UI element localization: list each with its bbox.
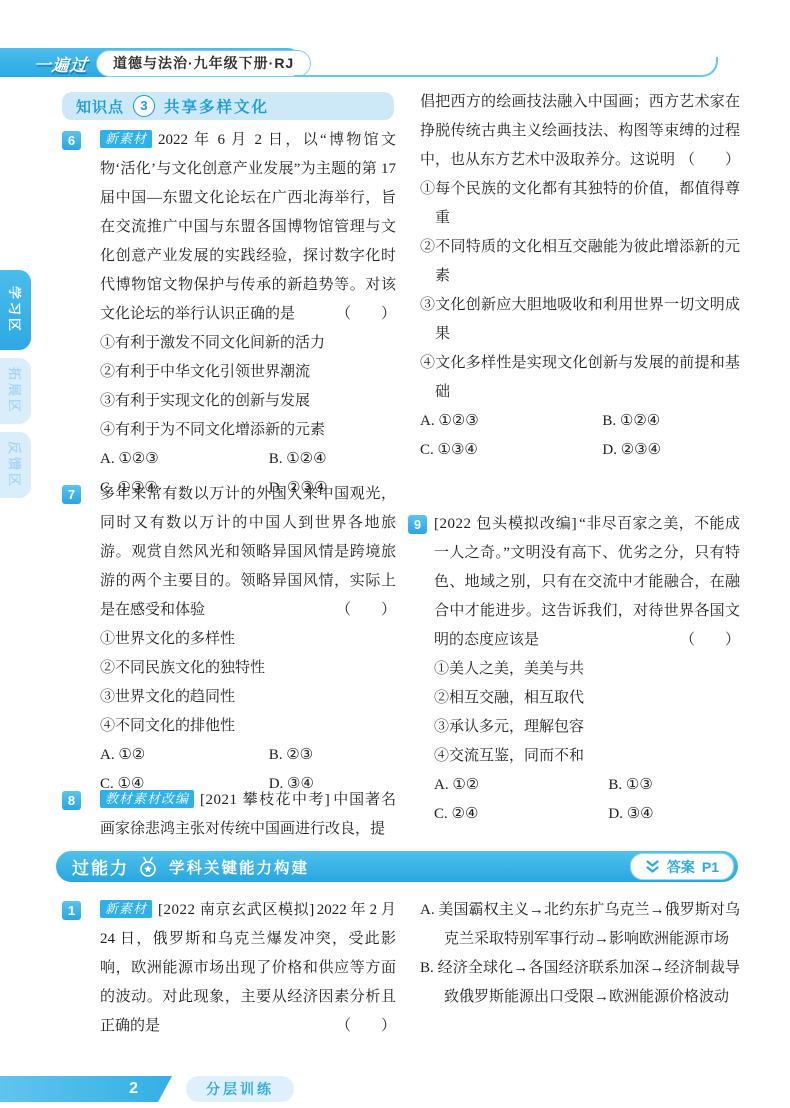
question-6: 6 新素材2022 年 6 月 2 日，以“博物馆文物‘活化’与文化创意产业发展… (62, 126, 396, 503)
question-9: 9 [2022 包头模拟改编]“非尽百家之美，不能成一人之奇。”文明没有高下、优… (406, 510, 740, 829)
ability-section-subtitle: 学科关键能力构建 (169, 856, 309, 878)
exam-source: [2022 包头模拟改编] (434, 516, 577, 532)
knowledge-point-label: 知识点 (76, 96, 124, 117)
answer-parens: （ ） (336, 596, 396, 625)
footer-section-label: 分层训练 (186, 1076, 294, 1102)
answer-link[interactable]: 答案 P1 (630, 853, 734, 880)
statement-item: ②不同民族文化的独特性 (100, 654, 396, 683)
knowledge-point-title: 共享多样文化 (164, 95, 269, 117)
option-a: A. ①②③ (420, 407, 602, 436)
question-stem: 多年来常有数以万计的外国人来中国观光，同时又有数以万计的中国人到世界各地旅游。观… (100, 480, 396, 625)
statement-item: ④有利于为不同文化增添新的元素 (100, 416, 396, 445)
statement-item: ②相互交融，相互取代 (434, 684, 740, 713)
statement-item: ①美人之美，美美与共 (434, 655, 740, 684)
statement-item: ②有利于中华文化引领世界潮流 (100, 358, 396, 387)
option-d: D. ②③④ (602, 436, 740, 465)
statement-item: ①有利于激发不同文化间新的活力 (100, 329, 396, 358)
answer-parens: （ ） (336, 300, 396, 329)
answer-label: 答案 (667, 857, 695, 877)
ability-section-title: 过能力 (72, 854, 129, 879)
option-a: A. ①②③ (100, 445, 269, 474)
new-material-badge: 新素材 (100, 130, 152, 148)
knowledge-point-bar: 知识点 3 共享多样文化 (62, 92, 394, 120)
ability-question-1-options: A. 美国霸权主义→北约东扩乌克兰→俄罗斯对乌克兰采取特别军事行动→影响欧洲能源… (406, 896, 740, 1012)
statement-item: ④文化多样性是实现文化创新与发展的前提和基础 (420, 349, 740, 407)
option-b: B. 经济全球化→各国经济联系加深→经济制裁导致俄罗斯能源出口受限→欧洲能源价格… (420, 954, 740, 1012)
statement-item: ③世界文化的趋同性 (100, 683, 396, 712)
question-8-continued: 倡把西方的绘画技法融入中国画；西方艺术家在挣脱传统古典主义绘画技法、构图等束缚的… (406, 88, 740, 465)
question-8-start: 8 教材素材改编[2021 攀枝花中考]中国著名画家徐悲鸿主张对传统中国画进行改… (62, 786, 396, 844)
workbook-page: 一遍过 道德与法治·九年级下册·RJ 学习区 拓展区 反馈区 知识点 3 共享多… (0, 0, 790, 1108)
statement-item: ②不同特质的文化相互交融能为彼此增添新的元素 (420, 233, 740, 291)
exam-source: [2021 攀枝花中考] (200, 792, 330, 808)
statement-item: ④交流互鉴，同而不和 (434, 742, 740, 771)
sidebar-tab-label: 反馈区 (6, 441, 25, 489)
options-grid: A. ①②③ B. ①②④ C. ①③④ D. ②③④ (420, 407, 740, 465)
option-d: D. ③④ (608, 800, 740, 829)
statement-item: ④不同文化的排他性 (100, 712, 396, 741)
statement-item: ③承认多元，理解包容 (434, 713, 740, 742)
exam-source: [2022 南京玄武区模拟] (158, 902, 315, 918)
option-a: A. 美国霸权主义→北约东扩乌克兰→俄罗斯对乌克兰采取特别军事行动→影响欧洲能源… (420, 896, 740, 954)
option-b: B. ①③ (608, 771, 740, 800)
question-stem: 新素材[2022 南京玄武区模拟]2022 年 2 月 24 日，俄罗斯和乌克兰… (100, 896, 396, 1041)
sidebar-tab-study-zone[interactable]: 学习区 (0, 270, 31, 350)
question-stem: 新素材2022 年 6 月 2 日，以“博物馆文物‘活化’与文化创意产业发展”为… (100, 126, 396, 329)
question-stem: 教材素材改编[2021 攀枝花中考]中国著名画家徐悲鸿主张对传统中国画进行改良，… (100, 786, 396, 844)
options-grid: A. ①② B. ①③ C. ②④ D. ③④ (434, 771, 740, 829)
question-7: 7 多年来常有数以万计的外国人来中国观光，同时又有数以万计的中国人到世界各地旅游… (62, 480, 396, 799)
footer-bar: 2 (0, 1076, 172, 1102)
question-number-badge: 6 (62, 131, 81, 150)
answer-parens: （ ） (680, 626, 740, 655)
option-a: A. ①② (434, 771, 608, 800)
option-c: C. ①③④ (420, 436, 602, 465)
sidebar-tab-expand-zone[interactable]: 拓展区 (0, 358, 31, 424)
option-a: A. ①② (100, 741, 269, 770)
statement-item: ③文化创新应大胆地吸收和利用世界一切文明成果 (420, 291, 740, 349)
sidebar-tab-feedback-zone[interactable]: 反馈区 (0, 432, 31, 498)
question-number-badge: 1 (62, 901, 81, 920)
book-title: 道德与法治·九年级下册·RJ (96, 50, 311, 77)
textbook-material-badge: 教材素材改编 (100, 790, 194, 808)
double-chevron-down-icon (645, 860, 660, 874)
sidebar-tab-label: 拓展区 (6, 367, 25, 415)
answer-parens: （ ） (336, 1012, 396, 1041)
option-b: B. ②③ (269, 741, 396, 770)
question-number-badge: 8 (62, 791, 81, 810)
answer-page-ref: P1 (702, 859, 719, 875)
answer-parens: （ ） (680, 146, 740, 175)
header-rule (294, 57, 718, 77)
question-number-badge: 9 (408, 515, 427, 534)
option-b: B. ①②④ (269, 445, 396, 474)
question-stem: [2022 包头模拟改编]“非尽百家之美，不能成一人之奇。”文明没有高下、优劣之… (434, 510, 740, 655)
sidebar-tab-label: 学习区 (6, 286, 25, 334)
question-stem-continued: 倡把西方的绘画技法融入中国画；西方艺术家在挣脱传统古典主义绘画技法、构图等束缚的… (420, 88, 740, 175)
brand-logo: 一遍过 (33, 51, 90, 76)
page-number: 2 (129, 1076, 138, 1102)
option-c: C. ②④ (434, 800, 608, 829)
option-b: B. ①②④ (602, 407, 740, 436)
statement-item: ①每个民族的文化都有其独特的价值，都值得尊重 (420, 175, 740, 233)
new-material-badge: 新素材 (100, 900, 152, 918)
stem-text: 2022 年 6 月 2 日，以“博物馆文物‘活化’与文化创意产业发展”为主题的… (100, 132, 396, 322)
statement-item: ③有利于实现文化的创新与发展 (100, 387, 396, 416)
question-number-badge: 7 (62, 485, 81, 504)
medal-icon (137, 856, 159, 878)
ability-question-1: 1 新素材[2022 南京玄武区模拟]2022 年 2 月 24 日，俄罗斯和乌… (62, 896, 396, 1041)
statement-item: ①世界文化的多样性 (100, 625, 396, 654)
ability-section-band: 过能力 学科关键能力构建 答案 P1 (56, 851, 738, 882)
knowledge-point-number: 3 (133, 95, 155, 117)
